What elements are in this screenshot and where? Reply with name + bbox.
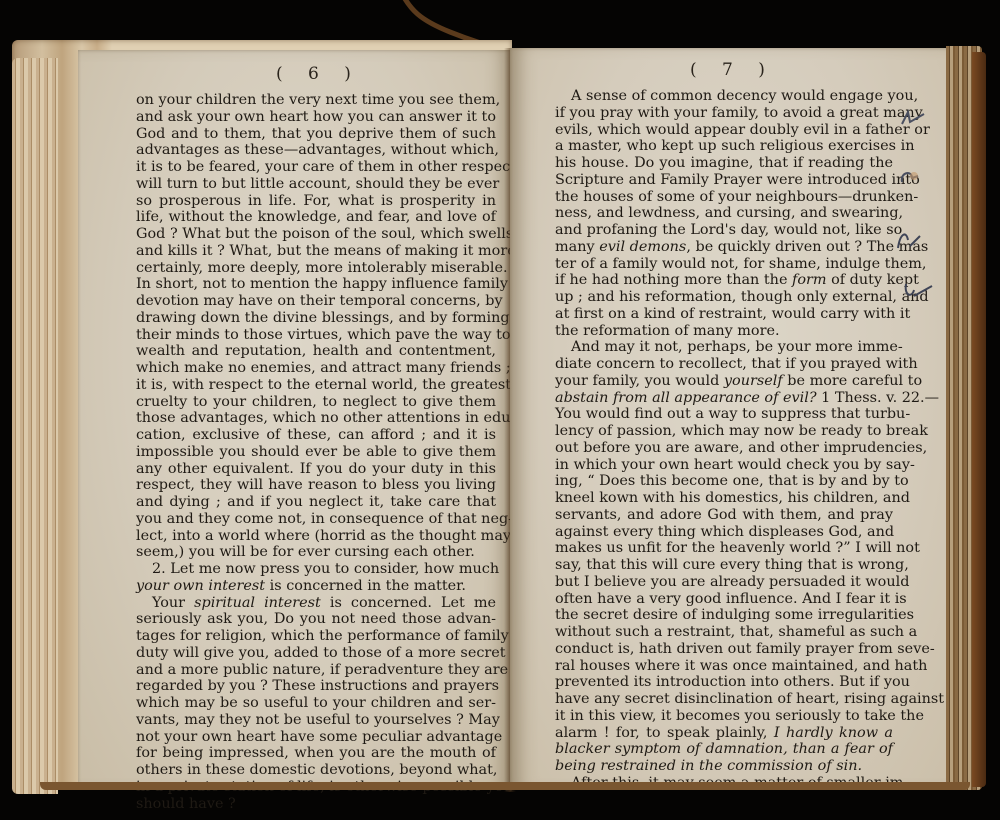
line-text: evils, which would appear doubly evil in… bbox=[555, 122, 930, 138]
italic-text: your own interest bbox=[136, 578, 265, 594]
line-text: should have ? bbox=[136, 796, 236, 812]
text-line: alarm ! for, to speak plainly, I hardly … bbox=[555, 725, 893, 742]
pencil-mark-icon bbox=[894, 228, 924, 252]
line-text: advantages as these—advantages, without … bbox=[136, 142, 499, 158]
line-text: ter of a family would not, for shame, in… bbox=[555, 256, 926, 272]
text-line: for being impressed, when you are the mo… bbox=[136, 745, 496, 762]
text-line: tages for religion, which the performanc… bbox=[136, 628, 496, 645]
line-text: your family, you would bbox=[555, 373, 724, 389]
line-text: servants, and adore God with them, and p… bbox=[555, 507, 893, 523]
line-text: Your bbox=[152, 595, 194, 611]
text-line: life, without the knowledge, and fear, a… bbox=[136, 209, 496, 226]
text-line: others in these domestic devotions, beyo… bbox=[136, 762, 496, 779]
text-line: any other equivalent. If you do your dut… bbox=[136, 461, 496, 478]
text-line: without such a restraint, that, shameful… bbox=[555, 624, 893, 641]
text-line: servants, and adore God with them, and p… bbox=[555, 507, 893, 524]
text-line: will turn to but little account, should … bbox=[136, 176, 496, 193]
pencil-mark-icon bbox=[902, 280, 936, 302]
line-text: if he had nothing more than the bbox=[555, 272, 792, 288]
text-line: which make no enemies, and attract many … bbox=[136, 360, 496, 377]
text-line: A sense of common decency would engage y… bbox=[555, 88, 893, 105]
line-text: 1 Thess. v. 22.— bbox=[817, 390, 939, 406]
line-text: and ask your own heart how you can answe… bbox=[136, 109, 496, 125]
text-line: certainly, more deeply, more intolerably… bbox=[136, 260, 496, 277]
line-text: not your own heart have some peculiar ad… bbox=[136, 729, 502, 745]
line-text: makes us unfit for the heavenly world ?”… bbox=[555, 540, 920, 556]
text-line: regarded by you ? These instructions and… bbox=[136, 678, 496, 695]
line-text: devotion may have on their temporal conc… bbox=[136, 293, 503, 309]
line-text: is concerned in the matter. bbox=[265, 578, 466, 594]
text-line: ness, and lewdness, and cursing, and swe… bbox=[555, 205, 893, 222]
text-line: so prosperous in life. For, what is pros… bbox=[136, 193, 496, 210]
line-text: conduct is, hath driven out family praye… bbox=[555, 641, 935, 657]
text-line: conduct is, hath driven out family praye… bbox=[555, 641, 893, 658]
line-text: but I believe you are already persuaded … bbox=[555, 574, 909, 590]
text-line: Your spiritual interest is concerned. Le… bbox=[136, 595, 496, 612]
text-line: lect, into a world where (horrid as the … bbox=[136, 528, 496, 545]
text-line: but I believe you are already persuaded … bbox=[555, 574, 893, 591]
text-line: not your own heart have some peculiar ad… bbox=[136, 729, 496, 746]
line-text: lency of passion, which may now be ready… bbox=[555, 423, 928, 439]
line-text: it in this view, it becomes you seriousl… bbox=[555, 708, 924, 724]
line-text: cation, exclusive of these, can afford ;… bbox=[136, 427, 496, 443]
text-line: your own interest is concerned in the ma… bbox=[136, 578, 496, 595]
text-line: the houses of some of your neighbours—dr… bbox=[555, 189, 893, 206]
text-line: say, that this will cure every thing tha… bbox=[555, 557, 893, 574]
text-line: if he had nothing more than the form of … bbox=[555, 272, 893, 289]
line-text: will turn to but little account, should … bbox=[136, 176, 499, 192]
italic-text: spiritual interest bbox=[194, 595, 321, 611]
text-line: God ? What but the poison of the soul, w… bbox=[136, 226, 496, 243]
line-text: regarded by you ? These instructions and… bbox=[136, 678, 499, 694]
book-cover-edge bbox=[972, 52, 986, 787]
italic-text: being restrained in the commission of si… bbox=[555, 758, 862, 774]
text-line: seriously ask you, Do you not need those… bbox=[136, 611, 496, 628]
text-line: it is to be feared, your care of them in… bbox=[136, 159, 496, 176]
line-text: which may be so useful to your children … bbox=[136, 695, 496, 711]
line-text: duty will give you, added to those of a … bbox=[136, 645, 506, 661]
line-text: 2. Let me now press you to consider, how… bbox=[152, 561, 499, 577]
text-line: and a more public nature, if peradventur… bbox=[136, 662, 496, 679]
text-line: seem,) you will be for ever cursing each… bbox=[136, 544, 496, 561]
line-text: prevented its introduction into others. … bbox=[555, 674, 910, 690]
line-text: God ? What but the poison of the soul, w… bbox=[136, 226, 513, 242]
text-line: many evil demons, be quickly driven out … bbox=[555, 239, 893, 256]
text-line: impossible you should ever be able to gi… bbox=[136, 444, 496, 461]
text-line: should have ? bbox=[136, 796, 496, 813]
line-text: kneel kown with his domestics, his child… bbox=[555, 490, 910, 506]
line-text: seriously ask you, Do you not need those… bbox=[136, 611, 496, 627]
line-text: for being impressed, when you are the mo… bbox=[136, 745, 496, 761]
line-text: cruelty to your children, to neglect to … bbox=[136, 394, 496, 410]
line-text: You would find out a way to suppress tha… bbox=[555, 406, 910, 422]
italic-text: I hardly know a bbox=[774, 725, 893, 741]
line-text: it is, with respect to the eternal world… bbox=[136, 377, 511, 393]
line-text: and dying ; and if you neglect it, take … bbox=[136, 494, 496, 510]
line-text: A sense of common decency would engage y… bbox=[571, 88, 918, 104]
text-line: prevented its introduction into others. … bbox=[555, 674, 893, 691]
text-line: lency of passion, which may now be ready… bbox=[555, 423, 893, 440]
text-line: on your children the very next time you … bbox=[136, 92, 496, 109]
text-line: have any secret disinclination of heart,… bbox=[555, 691, 893, 708]
line-text: often have a very good influence. And I … bbox=[555, 591, 907, 607]
text-line: ing, “ Does this become one, that is by … bbox=[555, 473, 893, 490]
text-line: you and they come not, in consequence of… bbox=[136, 511, 496, 528]
line-text: ral houses where it was once maintained,… bbox=[555, 658, 927, 674]
line-text: it is to be feared, your care of them in… bbox=[136, 159, 523, 175]
line-text: alarm ! for, to speak plainly, bbox=[555, 725, 774, 741]
line-text: certainly, more deeply, more intolerably… bbox=[136, 260, 508, 276]
italic-text: form bbox=[792, 272, 827, 288]
line-text: seem,) you will be for ever cursing each… bbox=[136, 544, 475, 560]
line-text: without such a restraint, that, shameful… bbox=[555, 624, 917, 640]
line-text: many bbox=[555, 239, 599, 255]
text-line: In short, not to mention the happy influ… bbox=[136, 276, 496, 293]
left-page: ( 6 ) on your children the very next tim… bbox=[78, 50, 510, 790]
page-number-right: ( 7 ) bbox=[690, 60, 775, 80]
line-text: lect, into a world where (horrid as the … bbox=[136, 528, 511, 544]
line-text: tages for religion, which the performanc… bbox=[136, 628, 509, 644]
line-text: out before you are aware, and other impr… bbox=[555, 440, 927, 456]
line-text: In short, not to mention the happy influ… bbox=[136, 276, 508, 292]
line-text: a master, who kept up such religious exe… bbox=[555, 138, 914, 154]
right-page: ( 7 ) A sense of common decency would en… bbox=[510, 48, 950, 790]
line-text: those advantages, which no other attenti… bbox=[136, 410, 515, 426]
line-text: their minds to those virtues, which pave… bbox=[136, 327, 511, 343]
text-line: respect, they will have reason to bless … bbox=[136, 477, 496, 494]
text-line: up ; and his reformation, though only ex… bbox=[555, 289, 893, 306]
line-text: you and they come not, in consequence of… bbox=[136, 511, 513, 527]
line-text: others in these domestic devotions, beyo… bbox=[136, 762, 497, 778]
text-line: at first on a kind of restraint, would c… bbox=[555, 306, 893, 323]
line-text: if you pray with your family, to avoid a… bbox=[555, 105, 923, 121]
line-text: is concerned. Let me bbox=[321, 595, 496, 611]
line-text: ness, and lewdness, and cursing, and swe… bbox=[555, 205, 903, 221]
text-line: against every thing which displeases God… bbox=[555, 524, 893, 541]
line-text: God and to them, that you deprive them o… bbox=[136, 126, 496, 142]
text-line: if you pray with your family, to avoid a… bbox=[555, 105, 893, 122]
pencil-mark-icon bbox=[898, 108, 928, 128]
line-text: respect, they will have reason to bless … bbox=[136, 477, 496, 493]
line-text: at first on a kind of restraint, would c… bbox=[555, 306, 910, 322]
text-line: your family, you would yourself be more … bbox=[555, 373, 893, 390]
line-text: in which your own heart would check you … bbox=[555, 457, 915, 473]
line-text: the secret desire of indulging some irre… bbox=[555, 607, 914, 623]
text-line: those advantages, which no other attenti… bbox=[136, 410, 496, 427]
text-line: God and to them, that you deprive them o… bbox=[136, 126, 496, 143]
line-text: so prosperous in life. For, what is pros… bbox=[136, 193, 496, 209]
text-line: devotion may have on their temporal conc… bbox=[136, 293, 496, 310]
italic-text: yourself bbox=[724, 373, 783, 389]
text-line: which may be so useful to your children … bbox=[136, 695, 496, 712]
text-line: and kills it ? What, but the means of ma… bbox=[136, 243, 496, 260]
text-line: vants, may they not be useful to yoursel… bbox=[136, 712, 496, 729]
line-text: and profaning the Lord's day, would not,… bbox=[555, 222, 902, 238]
text-line: Scripture and Family Prayer were introdu… bbox=[555, 172, 893, 189]
line-text: wealth and reputation, health and conten… bbox=[136, 343, 496, 359]
text-line: cation, exclusive of these, can afford ;… bbox=[136, 427, 496, 444]
text-line: You would find out a way to suppress tha… bbox=[555, 406, 893, 423]
line-text: , be quickly driven out ? The mas bbox=[686, 239, 928, 255]
page-number-left: ( 6 ) bbox=[276, 64, 361, 84]
line-text: against every thing which displeases God… bbox=[555, 524, 894, 540]
text-line: blacker symptom of damnation, than a fea… bbox=[555, 741, 893, 758]
text-line: duty will give you, added to those of a … bbox=[136, 645, 496, 662]
italic-text: evil demons bbox=[599, 239, 686, 255]
line-text: the houses of some of your neighbours—dr… bbox=[555, 189, 918, 205]
text-line: advantages as these—advantages, without … bbox=[136, 142, 496, 159]
italic-text: blacker symptom of damnation, than a fea… bbox=[555, 741, 893, 757]
line-text: be more careful to bbox=[783, 373, 922, 389]
text-line: kneel kown with his domestics, his child… bbox=[555, 490, 893, 507]
pencil-mark-icon bbox=[898, 168, 922, 186]
text-line: makes us unfit for the heavenly world ?”… bbox=[555, 540, 893, 557]
line-text: say, that this will cure every thing tha… bbox=[555, 557, 909, 573]
line-text: diate concern to recollect, that if you … bbox=[555, 356, 918, 372]
text-line: and profaning the Lord's day, would not,… bbox=[555, 222, 893, 239]
italic-text: abstain from all appearance of evil? bbox=[555, 390, 817, 406]
text-line: ral houses where it was once maintained,… bbox=[555, 658, 893, 675]
text-line: often have a very good influence. And I … bbox=[555, 591, 893, 608]
line-text: which make no enemies, and attract many … bbox=[136, 360, 511, 376]
text-line: the secret desire of indulging some irre… bbox=[555, 607, 893, 624]
line-text: have any secret disinclination of heart,… bbox=[555, 691, 944, 707]
text-line: evils, which would appear doubly evil in… bbox=[555, 122, 893, 139]
text-line: and dying ; and if you neglect it, take … bbox=[136, 494, 496, 511]
line-text: ing, “ Does this become one, that is by … bbox=[555, 473, 909, 489]
line-text: any other equivalent. If you do your dut… bbox=[136, 461, 496, 477]
line-text: life, without the knowledge, and fear, a… bbox=[136, 209, 496, 225]
text-line: a master, who kept up such religious exe… bbox=[555, 138, 893, 155]
book-bottom-edge bbox=[40, 782, 970, 790]
text-line: cruelty to your children, to neglect to … bbox=[136, 394, 496, 411]
line-text: and kills it ? What, but the means of ma… bbox=[136, 243, 516, 259]
text-line: wealth and reputation, health and conten… bbox=[136, 343, 496, 360]
line-text: on your children the very next time you … bbox=[136, 92, 500, 108]
line-text: vants, may they not be useful to yoursel… bbox=[136, 712, 500, 728]
text-line: 2. Let me now press you to consider, how… bbox=[136, 561, 496, 578]
text-line: and ask your own heart how you can answe… bbox=[136, 109, 496, 126]
text-line: abstain from all appearance of evil? 1 T… bbox=[555, 390, 893, 407]
line-text: his house. Do you imagine, that if readi… bbox=[555, 155, 893, 171]
line-text: up ; and his reformation, though only ex… bbox=[555, 289, 929, 305]
text-line: ter of a family would not, for shame, in… bbox=[555, 256, 893, 273]
text-line: his house. Do you imagine, that if readi… bbox=[555, 155, 893, 172]
line-text: And may it not, perhaps, be your more im… bbox=[571, 339, 903, 355]
text-line: drawing down the divine blessings, and b… bbox=[136, 310, 496, 327]
text-line: their minds to those virtues, which pave… bbox=[136, 327, 496, 344]
text-line: it is, with respect to the eternal world… bbox=[136, 377, 496, 394]
text-line: the reformation of many more. bbox=[555, 323, 893, 340]
line-text: drawing down the divine blessings, and b… bbox=[136, 310, 510, 326]
right-page-text: A sense of common decency would engage y… bbox=[555, 88, 893, 792]
line-text: Scripture and Family Prayer were introdu… bbox=[555, 172, 920, 188]
text-line: And may it not, perhaps, be your more im… bbox=[555, 339, 893, 356]
text-line: in which your own heart would check you … bbox=[555, 457, 893, 474]
text-line: it in this view, it becomes you seriousl… bbox=[555, 708, 893, 725]
text-line: being restrained in the commission of si… bbox=[555, 758, 893, 775]
left-page-text: on your children the very next time you … bbox=[136, 92, 496, 812]
line-text: and a more public nature, if peradventur… bbox=[136, 662, 508, 678]
text-line: out before you are aware, and other impr… bbox=[555, 440, 893, 457]
text-line: diate concern to recollect, that if you … bbox=[555, 356, 893, 373]
line-text: impossible you should ever be able to gi… bbox=[136, 444, 496, 460]
line-text: the reformation of many more. bbox=[555, 323, 780, 339]
